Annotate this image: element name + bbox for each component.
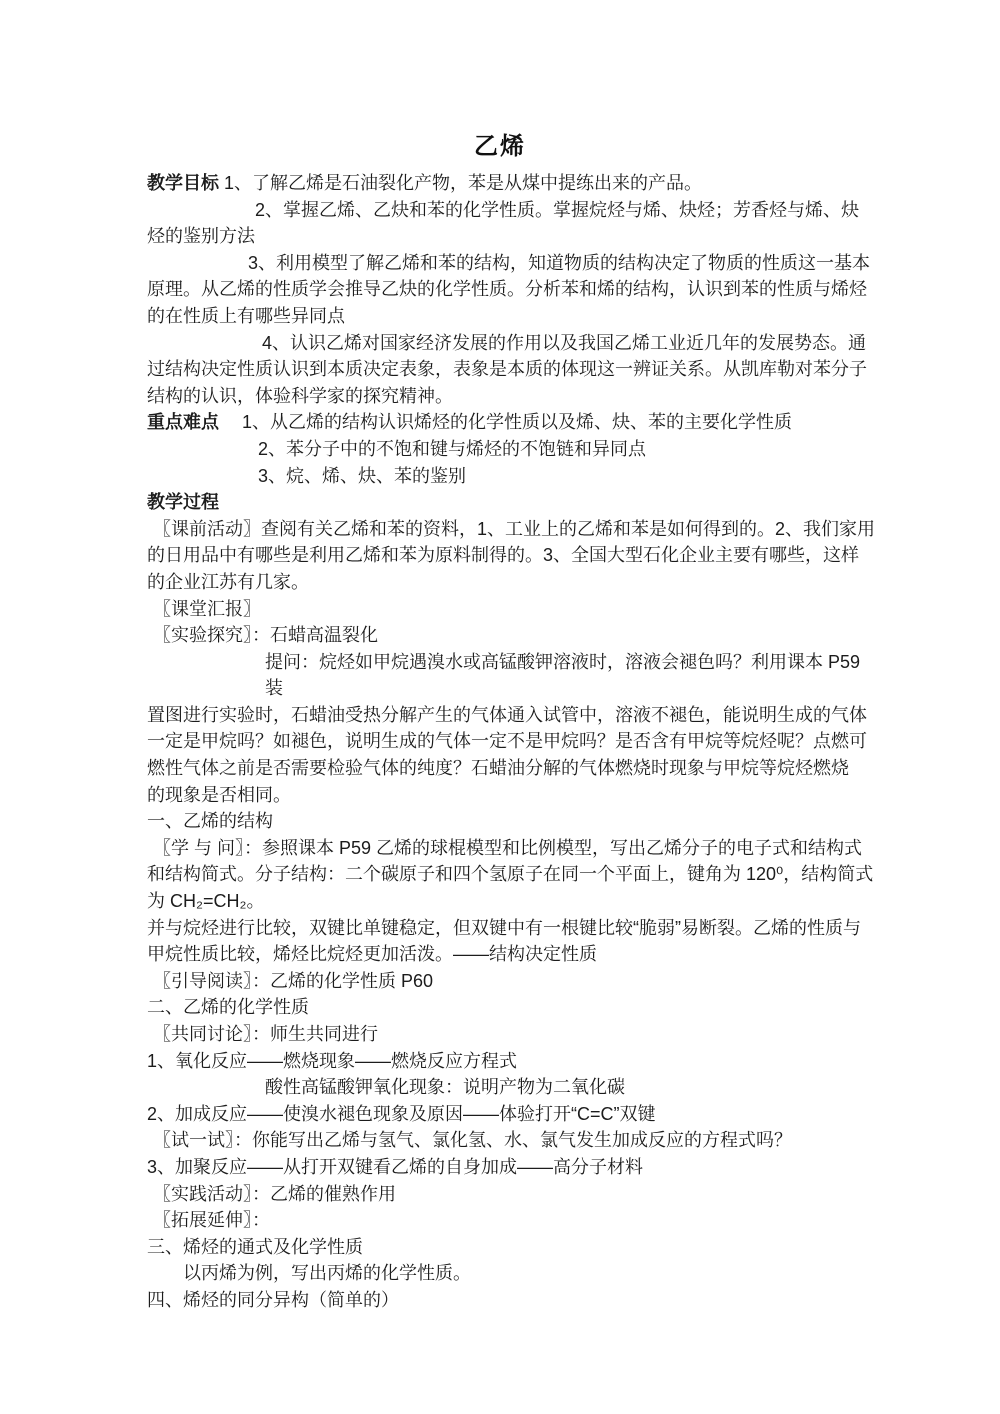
bold-lead: 教学目标 — [147, 173, 219, 193]
text-line: 二、乙烯的化学性质 — [147, 994, 879, 1021]
text-line: 4、认识乙烯对国家经济发展的作用以及我国乙烯工业近几年的发展势态。通 — [147, 330, 879, 357]
line-text: 〖共同讨论〗：师生共同进行 — [153, 1024, 378, 1044]
line-text: 〖学 与 问〗：参照课本 P59 乙烯的球棍模型和比例模型，写出乙烯分子的电子式… — [153, 838, 862, 858]
text-line: 甲烷性质比较，烯烃比烷烃更加活泼。——结构决定性质 — [147, 941, 879, 968]
text-line: 2、掌握乙烯、乙炔和苯的化学性质。掌握烷烃与烯、炔烃；芳香烃与烯、炔 — [147, 197, 879, 224]
line-text: 〖引导阅读〗：乙烯的化学性质 P60 — [153, 971, 433, 991]
text-line: 〖引导阅读〗：乙烯的化学性质 P60 — [147, 968, 879, 995]
text-line: 〖学 与 问〗：参照课本 P59 乙烯的球棍模型和比例模型，写出乙烯分子的电子式… — [147, 835, 879, 862]
text-line: 的现象是否相同。 — [147, 782, 879, 809]
text-line: 三、烯烃的通式及化学性质 — [147, 1234, 879, 1261]
text-line: 2、苯分子中的不饱和键与烯烃的不饱链和异同点 — [147, 436, 879, 463]
line-text: 一、乙烯的结构 — [147, 811, 273, 831]
document-body: 教学目标 1、了解乙烯是石油裂化产物，苯是从煤中提练出来的产品。2、掌握乙烯、乙… — [147, 170, 879, 1314]
text-line: 〖实验探究〗：石蜡高温裂化 — [147, 622, 879, 649]
line-text: 燃性气体之前是否需要检验气体的纯度？石蜡油分解的气体燃烧时现象与甲烷等烷烃燃烧 — [147, 758, 849, 778]
text-line: 〖课前活动〗查阅有关乙烯和苯的资料，1、工业上的乙烯和苯是如何得到的。2、我们家… — [147, 516, 879, 543]
text-line: 提问：烷烃如甲烷遇溴水或高锰酸钾溶液时，溶液会褪色吗？利用课本 P59 装 — [147, 649, 879, 702]
line-text: 的现象是否相同。 — [147, 785, 291, 805]
line-text: 1、从乙烯的结构认识烯烃的化学性质以及烯、炔、苯的主要化学性质 — [219, 412, 792, 432]
line-text: 〖实践活动〗：乙烯的催熟作用 — [153, 1184, 396, 1204]
line-text: 4、认识乙烯对国家经济发展的作用以及我国乙烯工业近几年的发展势态。通 — [262, 333, 866, 353]
bold-lead: 重点难点 — [147, 412, 219, 432]
line-text: 〖课前活动〗查阅有关乙烯和苯的资料，1、工业上的乙烯和苯是如何得到的。2、我们家… — [153, 519, 875, 539]
text-line: 过结构决定性质认识到本质决定表象，表象是本质的体现这一辨证关系。从凯库勒对苯分子 — [147, 356, 879, 383]
text-line: 的在性质上有哪些异同点 — [147, 303, 879, 330]
line-text: 3、加聚反应——从打开双键看乙烯的自身加成——高分子材料 — [147, 1157, 643, 1177]
text-line: 2、加成反应——使溴水褪色现象及原因——体验打开“C=C”双键 — [147, 1101, 879, 1128]
line-text: 3、利用模型了解乙烯和苯的结构，知道物质的结构决定了物质的性质这一基本 — [248, 253, 870, 273]
line-text: 三、烯烃的通式及化学性质 — [147, 1237, 363, 1257]
text-line: 重点难点 1、从乙烯的结构认识烯烃的化学性质以及烯、炔、苯的主要化学性质 — [147, 409, 879, 436]
text-line: 烃的鉴别方法 — [147, 223, 879, 250]
text-line: 并与烷烃进行比较，双键比单键稳定，但双键中有一根键比较“脆弱”易断裂。乙烯的性质… — [147, 915, 879, 942]
line-text: 原理。从乙烯的性质学会推导乙炔的化学性质。分析苯和烯的结构，认识到苯的性质与烯烃 — [147, 279, 867, 299]
document-page: 乙烯 教学目标 1、了解乙烯是石油裂化产物，苯是从煤中提练出来的产品。2、掌握乙… — [0, 0, 1000, 1414]
line-text: 〖课堂汇报〗 — [153, 599, 261, 619]
line-text: 提问：烷烃如甲烷遇溴水或高锰酸钾溶液时，溶液会褪色吗？利用课本 P59 装 — [265, 652, 865, 699]
line-text: 酸性高锰酸钾氧化现象：说明产物为二氧化碳 — [265, 1077, 625, 1097]
text-line: 原理。从乙烯的性质学会推导乙炔的化学性质。分析苯和烯的结构，认识到苯的性质与烯烃 — [147, 276, 879, 303]
text-line: 〖拓展延伸〗： — [147, 1207, 879, 1234]
line-text: 置图进行实验时，石蜡油受热分解产生的气体通入试管中，溶液不褪色，能说明生成的气体 — [147, 705, 867, 725]
text-line: 教学目标 1、了解乙烯是石油裂化产物，苯是从煤中提练出来的产品。 — [147, 170, 879, 197]
line-text: 的在性质上有哪些异同点 — [147, 306, 345, 326]
line-text: 2、加成反应——使溴水褪色现象及原因——体验打开“C=C”双键 — [147, 1104, 656, 1124]
line-text: 四、烯烃的同分异构（简单的） — [147, 1290, 399, 1310]
text-line: 〖课堂汇报〗 — [147, 596, 879, 623]
line-text: 〖实验探究〗：石蜡高温裂化 — [153, 625, 378, 645]
text-line: 〖试一试〗：你能写出乙烯与氢气、氯化氢、水、氯气发生加成反应的方程式吗？ — [147, 1127, 879, 1154]
line-text: 并与烷烃进行比较，双键比单键稳定，但双键中有一根键比较“脆弱”易断裂。乙烯的性质… — [147, 918, 861, 938]
text-line: 和结构简式。分子结构：二个碳原子和四个氢原子在同一个平面上，键角为 120⁰，结… — [147, 861, 879, 888]
text-line: 教学过程 — [147, 489, 879, 516]
text-line: 3、烷、烯、炔、苯的鉴别 — [147, 463, 879, 490]
text-line: 的企业江苏有几家。 — [147, 569, 879, 596]
line-text: 二、乙烯的化学性质 — [147, 997, 309, 1017]
line-text: 烃的鉴别方法 — [147, 226, 255, 246]
line-text: 〖试一试〗：你能写出乙烯与氢气、氯化氢、水、氯气发生加成反应的方程式吗？ — [153, 1130, 792, 1150]
text-line: 〖共同讨论〗：师生共同进行 — [147, 1021, 879, 1048]
line-text: 〖拓展延伸〗： — [153, 1210, 270, 1230]
text-line: 3、利用模型了解乙烯和苯的结构，知道物质的结构决定了物质的性质这一基本 — [147, 250, 879, 277]
line-text: 教学过程 — [147, 492, 219, 512]
line-text: 为 CH₂=CH₂。 — [147, 891, 264, 911]
line-text: 以丙烯为例，写出丙烯的化学性质。 — [183, 1263, 471, 1283]
text-line: 1、氧化反应——燃烧现象——燃烧反应方程式 — [147, 1048, 879, 1075]
line-text: 的日用品中有哪些是利用乙烯和苯为原料制得的。3、全国大型石化企业主要有哪些，这样 — [147, 545, 859, 565]
text-line: 燃性气体之前是否需要检验气体的纯度？石蜡油分解的气体燃烧时现象与甲烷等烷烃燃烧 — [147, 755, 879, 782]
line-text: 和结构简式。分子结构：二个碳原子和四个氢原子在同一个平面上，键角为 120⁰，结… — [147, 864, 873, 884]
text-line: 为 CH₂=CH₂。 — [147, 888, 879, 915]
text-line: 〖实践活动〗：乙烯的催熟作用 — [147, 1181, 879, 1208]
text-line: 四、烯烃的同分异构（简单的） — [147, 1287, 879, 1314]
text-line: 结构的认识，体验科学家的探究精神。 — [147, 383, 879, 410]
text-line: 以丙烯为例，写出丙烯的化学性质。 — [147, 1260, 879, 1287]
line-text: 过结构决定性质认识到本质决定表象，表象是本质的体现这一辨证关系。从凯库勒对苯分子 — [147, 359, 867, 379]
text-line: 3、加聚反应——从打开双键看乙烯的自身加成——高分子材料 — [147, 1154, 879, 1181]
line-text: 1、了解乙烯是石油裂化产物，苯是从煤中提练出来的产品。 — [219, 173, 702, 193]
text-line: 一、乙烯的结构 — [147, 808, 879, 835]
page-title: 乙烯 — [0, 126, 1000, 161]
line-text: 的企业江苏有几家。 — [147, 572, 309, 592]
line-text: 结构的认识，体验科学家的探究精神。 — [147, 386, 453, 406]
line-text: 2、掌握乙烯、乙炔和苯的化学性质。掌握烷烃与烯、炔烃；芳香烃与烯、炔 — [255, 200, 859, 220]
line-text: 一定是甲烷吗？如褪色，说明生成的气体一定不是甲烷吗？是否含有甲烷等烷烃呢？点燃可 — [147, 731, 867, 751]
line-text: 1、氧化反应——燃烧现象——燃烧反应方程式 — [147, 1051, 517, 1071]
text-line: 酸性高锰酸钾氧化现象：说明产物为二氧化碳 — [147, 1074, 879, 1101]
text-line: 置图进行实验时，石蜡油受热分解产生的气体通入试管中，溶液不褪色，能说明生成的气体 — [147, 702, 879, 729]
line-text: 甲烷性质比较，烯烃比烷烃更加活泼。——结构决定性质 — [147, 944, 597, 964]
text-line: 的日用品中有哪些是利用乙烯和苯为原料制得的。3、全国大型石化企业主要有哪些，这样 — [147, 542, 879, 569]
line-text: 2、苯分子中的不饱和键与烯烃的不饱链和异同点 — [258, 439, 646, 459]
line-text: 3、烷、烯、炔、苯的鉴别 — [258, 466, 466, 486]
text-line: 一定是甲烷吗？如褪色，说明生成的气体一定不是甲烷吗？是否含有甲烷等烷烃呢？点燃可 — [147, 728, 879, 755]
